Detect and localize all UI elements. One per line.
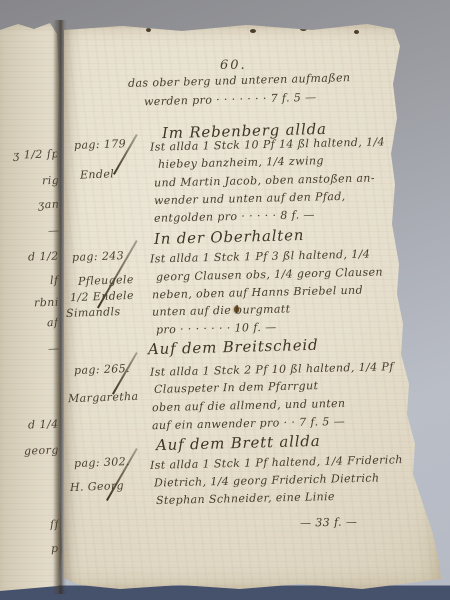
- entry-line: oben auf die allmend, und unten: [152, 397, 346, 414]
- entry-line: Ist allda 1 Stck 1 Pf 3 ßl haltend, 1/4: [150, 248, 370, 266]
- margin-name: Margaretha: [68, 390, 139, 405]
- margin-name: 1/2 Endele: [70, 289, 134, 304]
- entry-line-amount: — 33 f. —: [300, 515, 358, 529]
- section-heading: Auf dem Breitscheid: [148, 336, 319, 358]
- entry-line-amount: auf ein anwender pro · · 7 f. 5 —: [152, 415, 345, 432]
- entry-line: wender und unten auf den Pfad,: [154, 190, 346, 207]
- edge-speck: [354, 30, 359, 34]
- edge-speck: [184, 26, 188, 29]
- entry-line: Stephan Schneider, eine Linie: [156, 490, 335, 507]
- entry-line: Ist allda 1 Stck 2 Pf 10 ßl haltend, 1/4…: [150, 360, 394, 379]
- section-heading: Auf dem Brett allda: [156, 432, 321, 454]
- section-heading: In der Oberhalten: [154, 226, 305, 248]
- manuscript-page: 60. das ober berg und unteren aufmaßen w…: [62, 22, 444, 592]
- entry-line: Clauspeter In dem Pfarrgut: [154, 379, 319, 396]
- intro-line: das ober berg und unteren aufmaßen: [128, 71, 351, 90]
- entry-line-amount: entgolden pro · · · · · 8 f. —: [154, 208, 315, 225]
- edge-speck: [146, 28, 151, 32]
- margin-page-ref: pag: 265.: [74, 362, 130, 377]
- intro-line: werden pro · · · · · · · 7 f. 5 —: [144, 91, 317, 109]
- margin-name: Simandls: [66, 305, 121, 320]
- entry-line-amount: pro · · · · · · · 10 f. —: [156, 321, 277, 337]
- entry-line: georg Clausen obs, 1/4 georg Clausen: [156, 265, 383, 283]
- entry-line: neben, oben auf Hanns Briebel und: [152, 284, 363, 302]
- edge-speck: [300, 27, 307, 31]
- margin-name: H. Georg: [70, 479, 124, 494]
- margin-page-ref: pag: 243: [72, 249, 124, 264]
- archive-photo: ʒ 1/2 ſp rig ʒan — d 1/2 lf rbni af — d …: [0, 0, 450, 600]
- margin-page-ref: pag: 179: [74, 137, 126, 152]
- entry-line: und Martin Jacob, oben anstoßen an-: [154, 171, 375, 189]
- folio-number: 60.: [220, 58, 247, 73]
- edge-speck: [250, 29, 256, 33]
- entry-line: unten auf die burgmatt: [152, 302, 291, 318]
- entry-line: hiebey banzheim, 1/4 zwing: [158, 154, 324, 171]
- entry-line: Dietrich, 1/4 georg Friderich Dietrich: [154, 471, 380, 489]
- margin-name: Pfleugele: [78, 273, 134, 288]
- margin-page-ref: pag: 302.: [74, 455, 130, 470]
- margin-name: Endel: [80, 167, 115, 181]
- entry-line: Ist allda 1 Stck 1 Pf haltend, 1/4 Fride…: [150, 453, 403, 472]
